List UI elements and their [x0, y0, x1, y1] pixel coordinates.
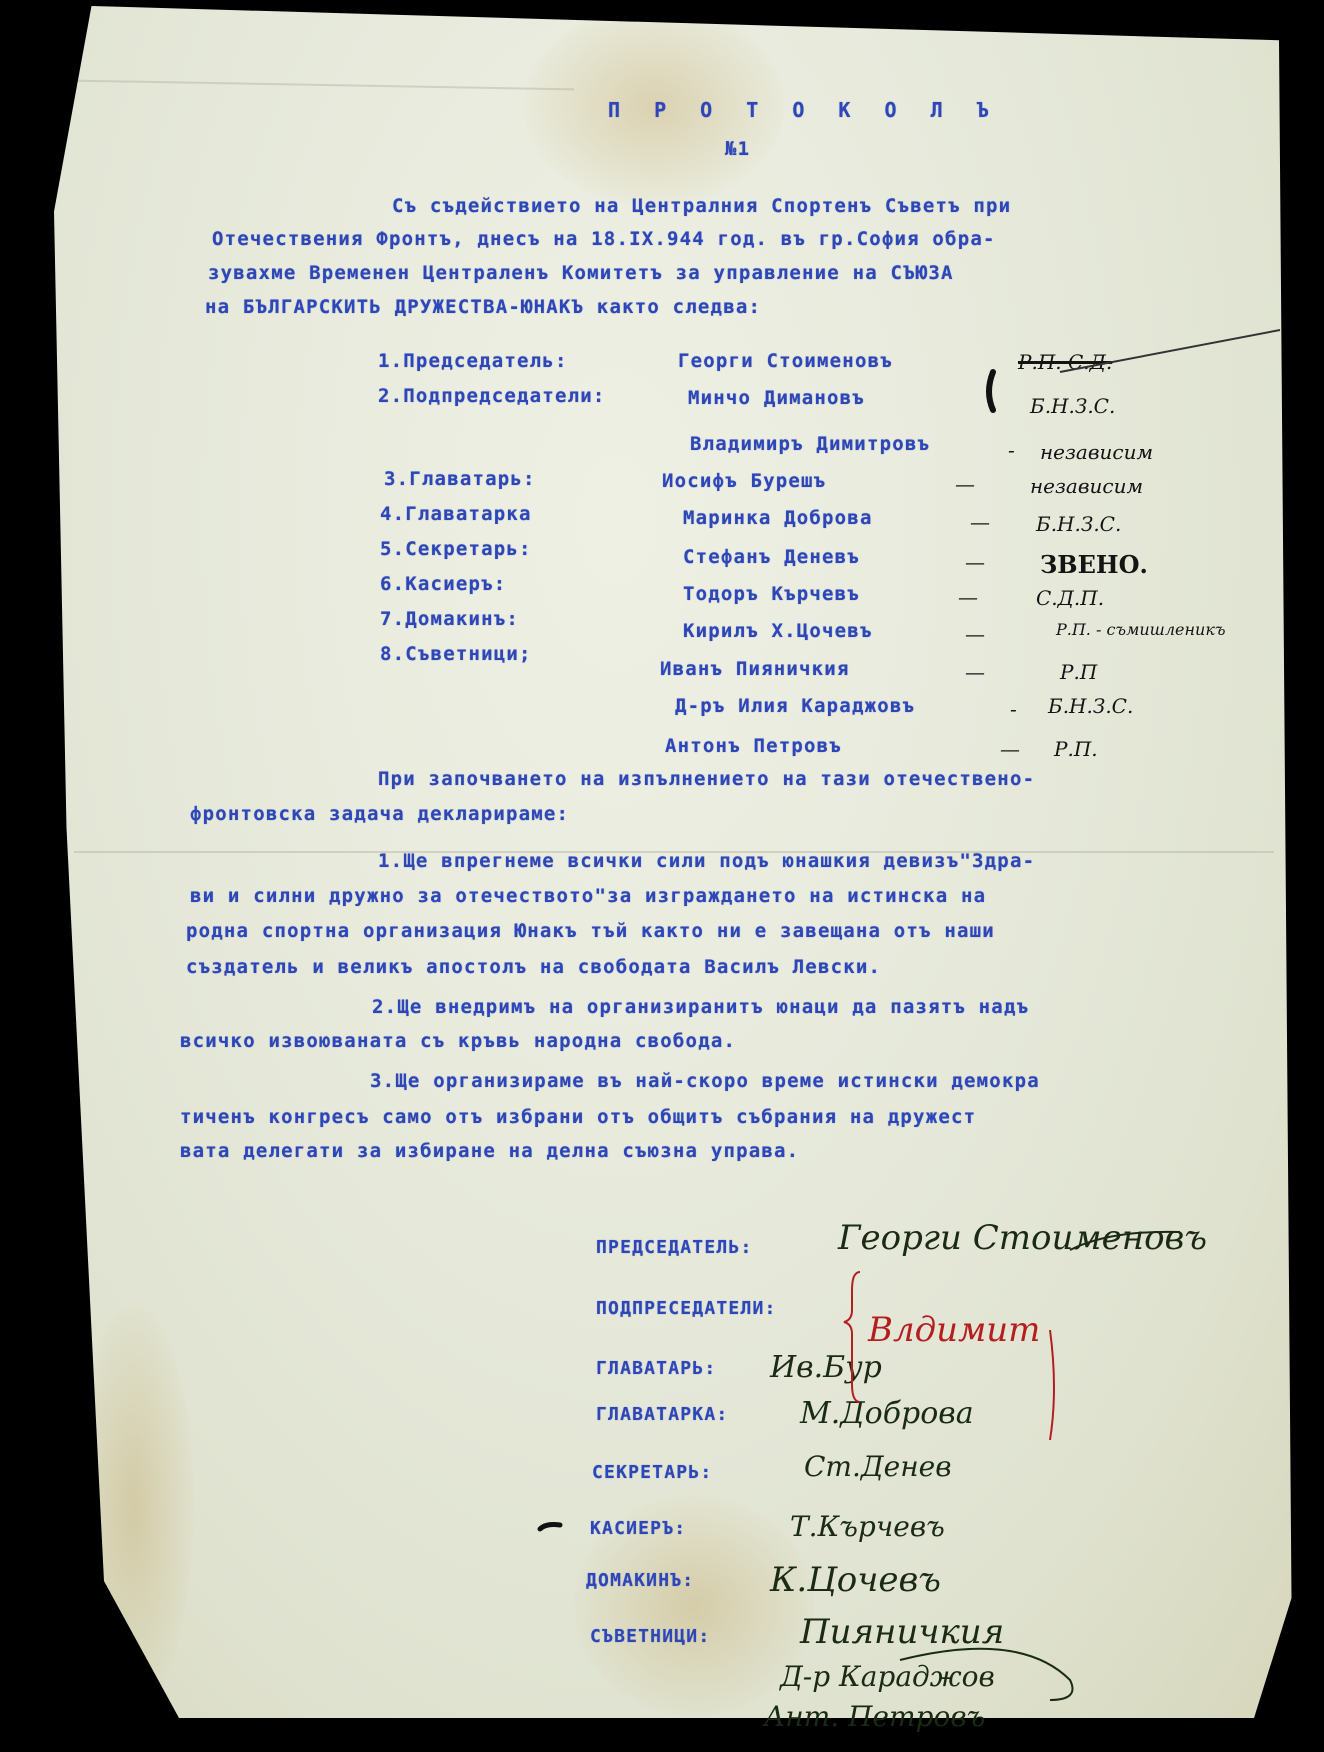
member-affiliation: Б.Н.З.С. — [1048, 694, 1133, 718]
signature-label: КАСИЕРЪ: — [590, 1518, 686, 1539]
member-name: Стефанъ Деневъ — [683, 546, 860, 568]
signature-label: ПРЕДСЕДАТЕЛЬ: — [596, 1237, 752, 1258]
member-affiliation: Р.П — [1060, 660, 1097, 684]
member-dash: — — [965, 622, 985, 646]
member-dash: - — [1008, 438, 1015, 462]
member-role: 2.Подпредседатели: — [378, 385, 606, 407]
signature-label: СЕКРЕТАРЬ: — [592, 1462, 712, 1483]
member-affiliation: Р.П. - съмишленикъ — [1056, 620, 1226, 639]
signature: Пияничкия — [800, 1612, 1004, 1652]
member-affiliation: ЗВЕНО. — [1040, 550, 1148, 579]
signature: Георги Стоименовъ — [838, 1218, 1207, 1258]
member-name: Иванъ Пияничкия — [660, 658, 850, 680]
member-dash: — — [955, 472, 975, 496]
signature-label: СЪВЕТНИЦИ: — [590, 1626, 710, 1647]
member-affiliation: независим — [1040, 440, 1153, 464]
signature: К.Цочевъ — [770, 1560, 941, 1600]
fold-line — [74, 80, 574, 91]
member-name: Д-ръ Илия Караджовъ — [675, 695, 915, 717]
member-name: Тодоръ Кърчевъ — [683, 583, 860, 605]
point-3-line: вата делегати за избиране на делна съюзн… — [180, 1140, 799, 1162]
point-2-line: всичко извоюваната съ кръвь народна своб… — [180, 1030, 736, 1052]
member-role: 7.Домакинъ: — [380, 608, 519, 630]
intro-line: на БЪЛГАРСКИТЬ ДРУЖЕСТВА-ЮНАКЪ както сле… — [205, 296, 761, 318]
member-name: Кирилъ Х.Цочевъ — [683, 620, 873, 642]
member-name: Иосифъ Бурешъ — [662, 470, 826, 492]
signature: М.Доброва — [800, 1396, 974, 1431]
declaration-line: При започването на изпълнението на тази … — [378, 768, 1035, 790]
member-role: 5.Секретарь: — [380, 538, 532, 560]
member-name: Владимиръ Димитровъ — [690, 433, 930, 455]
member-affiliation: Б.Н.З.С. — [1030, 394, 1115, 418]
member-affiliation: Б.Н.З.С. — [1036, 512, 1121, 536]
signature: Ст.Денев — [804, 1450, 952, 1483]
member-affiliation: С.Д.П. — [1036, 586, 1104, 610]
point-1-line: родна спортна организация Юнакъ тъй какт… — [186, 920, 995, 942]
member-role: 4.Главатарка — [380, 503, 532, 525]
member-role: 3.Главатарь: — [384, 468, 536, 490]
member-affiliation: Р.П. — [1054, 737, 1098, 761]
member-affiliation-struck: Р.П. С.Д. — [1018, 350, 1112, 374]
member-dash: — — [958, 585, 978, 609]
signature-label: ГЛАВАТАРКА: — [596, 1404, 728, 1425]
member-role: 1.Председатель: — [378, 350, 568, 372]
point-3-line: тиченъ конгресъ само отъ избрани отъ общ… — [180, 1106, 976, 1128]
signature-label: ПОДПРЕСЕДАТЕЛИ: — [596, 1298, 777, 1319]
intro-line: Съ съдействието на Централния Спортенъ С… — [392, 195, 1011, 217]
declaration-line: фронтовска задача декларираме: — [190, 803, 569, 825]
point-3-line: 3.Ще организираме въ най-скоро време ист… — [370, 1070, 1040, 1092]
member-role: 6.Касиеръ: — [380, 573, 506, 595]
point-1-line: ви и силни дружно за отечеството"за изгр… — [190, 885, 986, 907]
member-dash: — — [965, 660, 985, 684]
member-role: 8.Съветници; — [380, 643, 532, 665]
member-name: Георги Стоименовъ — [678, 350, 893, 372]
member-name: Минчо Димановъ — [688, 387, 865, 409]
member-dash: - — [1010, 697, 1017, 721]
intro-line: зувахме Временен Централенъ Комитетъ за … — [208, 262, 954, 284]
signature-label: ГЛАВАТАРЬ: — [596, 1358, 716, 1379]
stain — [74, 1306, 194, 1706]
document-title: П Р О Т О К О Л Ъ — [608, 98, 1000, 122]
point-1-line: 1.Ще впрегнеме всички сили подъ юнашкия … — [378, 850, 1035, 872]
signature: Ив.Бур — [770, 1350, 882, 1385]
signature: Т.Кърчевъ — [790, 1510, 945, 1543]
member-name: Маринка Доброва — [683, 507, 873, 529]
document-number: №1 — [725, 138, 750, 160]
member-dash: — — [965, 550, 985, 574]
member-dash: — — [970, 510, 990, 534]
point-1-line: създатель и великъ апостолъ на свободата… — [186, 956, 881, 978]
intro-line: Отечествения Фронтъ, днесъ на 18.IX.944 … — [212, 228, 996, 250]
member-affiliation: независим — [1030, 474, 1143, 498]
signature: Д-р Караджов — [780, 1660, 995, 1693]
member-name: Антонъ Петровъ — [665, 735, 842, 757]
member-dash: — — [1000, 737, 1020, 761]
point-2-line: 2.Ще внедримъ на организиранитъ юнаци да… — [372, 996, 1029, 1018]
signature-label: ДОМАКИНЪ: — [586, 1570, 694, 1591]
signature-red: Влдимит — [868, 1310, 1040, 1350]
signature: Ант. Петровъ — [764, 1700, 985, 1733]
